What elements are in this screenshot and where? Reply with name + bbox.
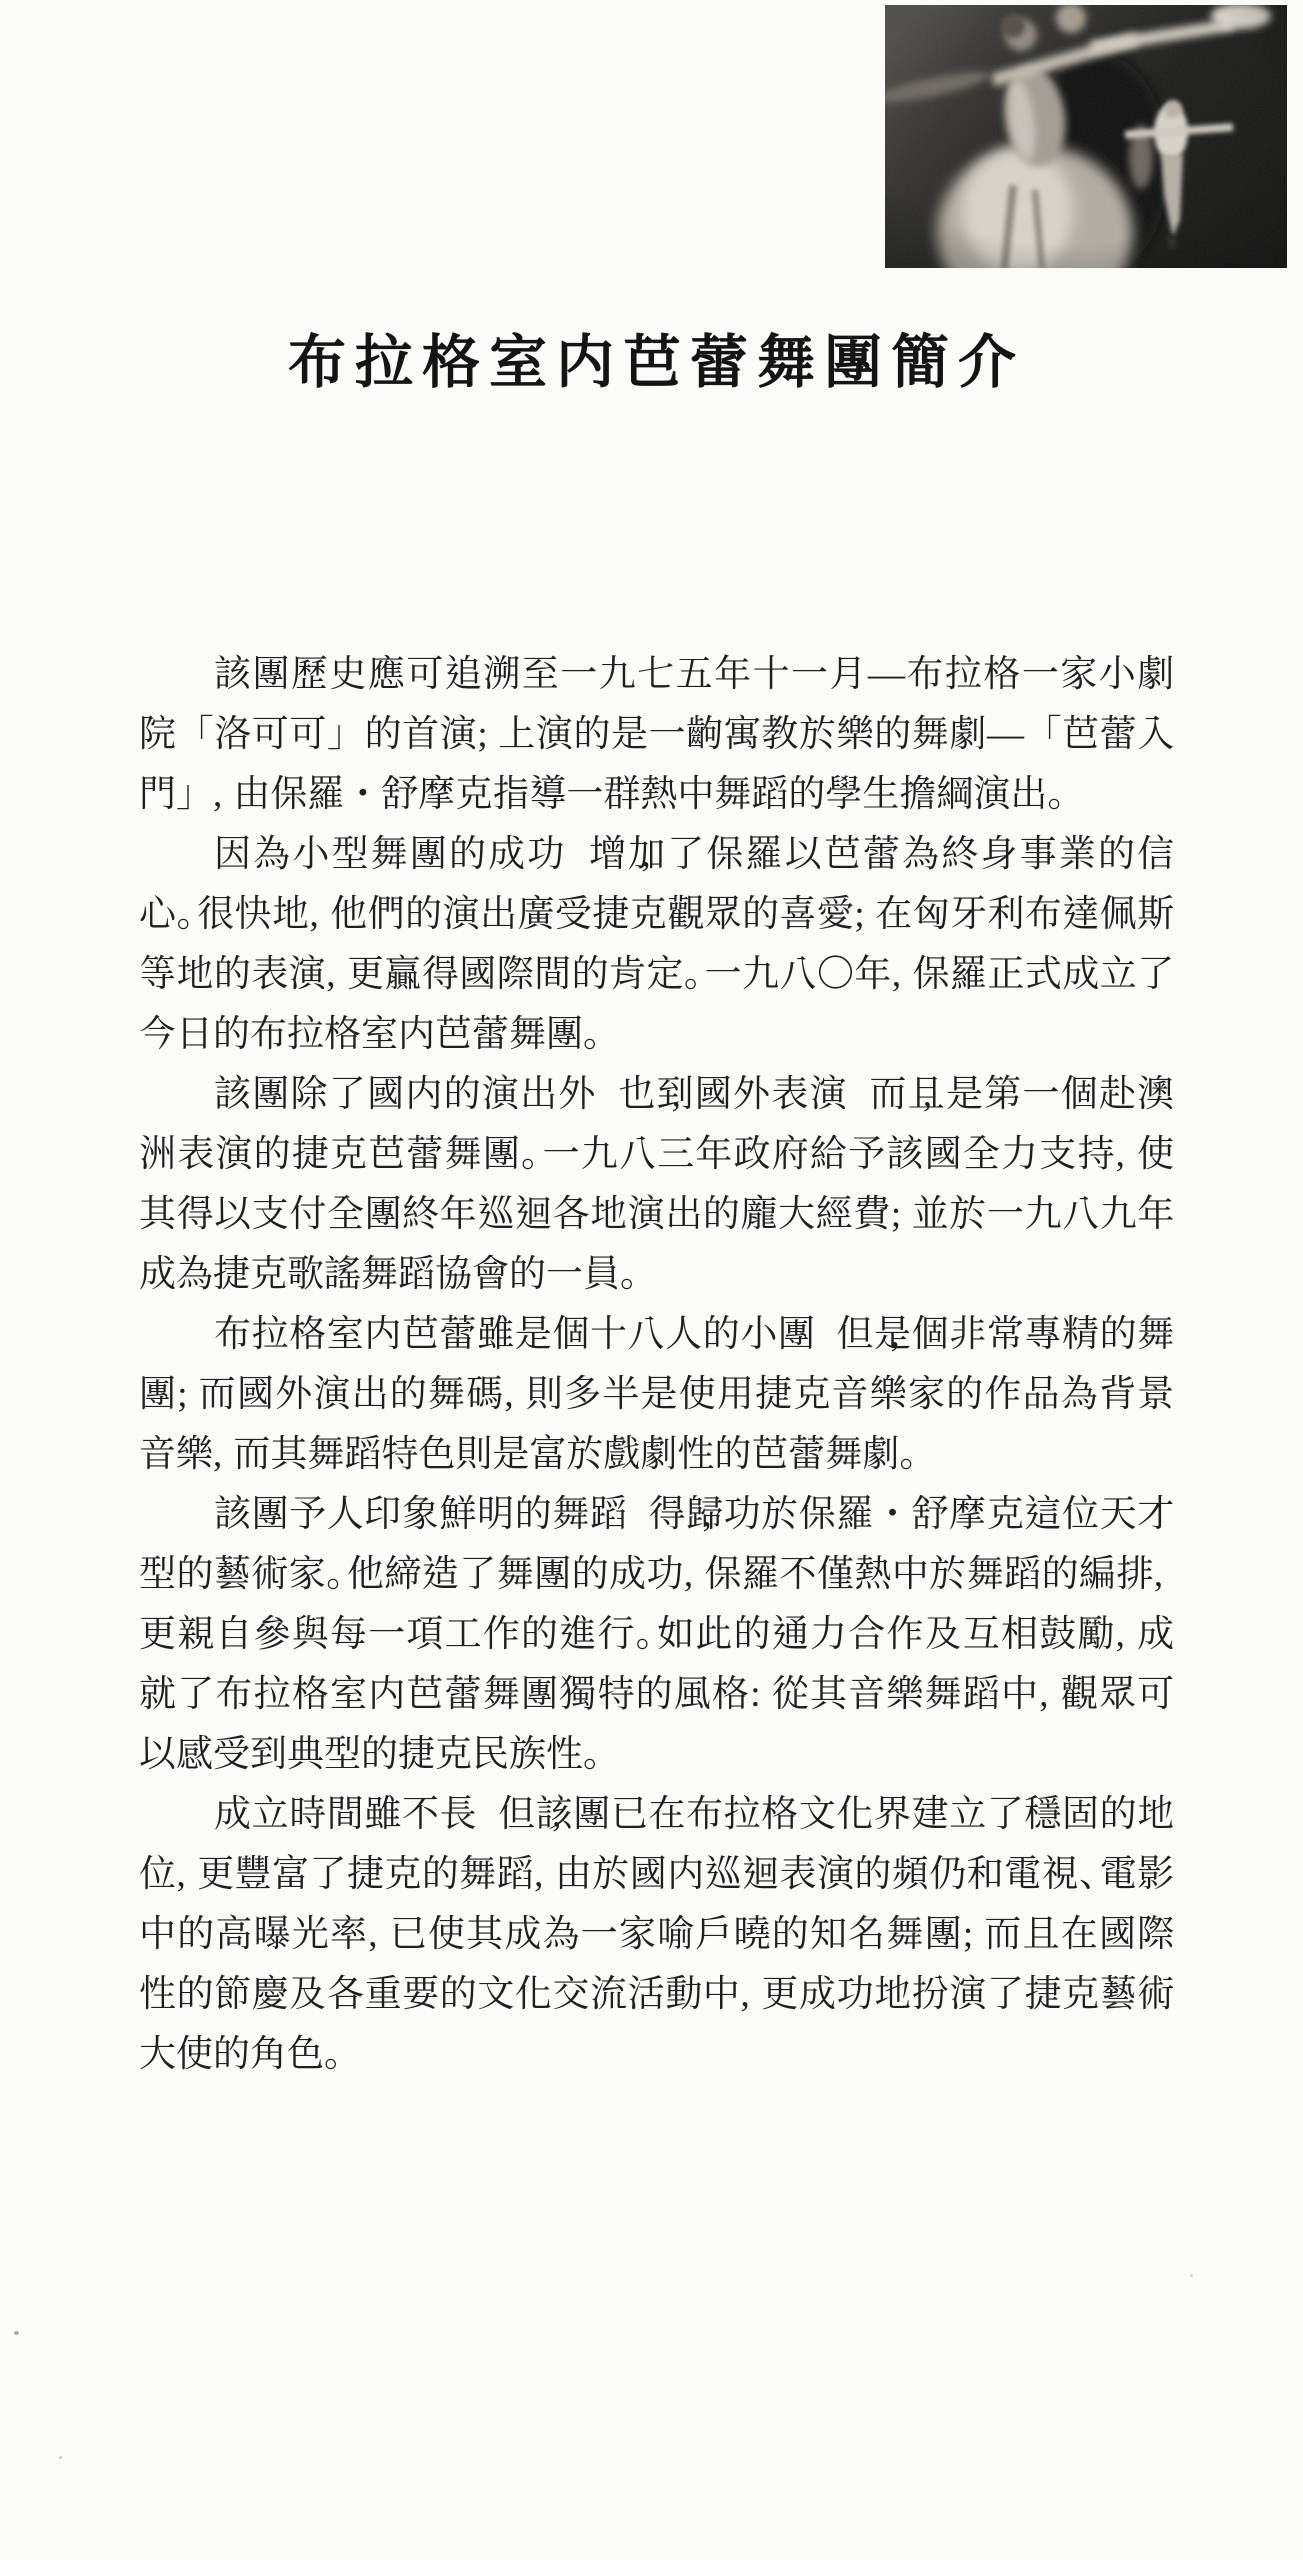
text-line: 院「洛可可」的首演;上演的是一齣寓教於樂的舞劇—「芭蕾入 <box>139 705 1174 765</box>
punctuation-glyph: , <box>684 1545 704 1605</box>
text-line: 該團歷史應可追溯至一九七五年十一月—布拉格一家小劇 <box>139 645 1174 705</box>
punctuation-glyph: 。 <box>899 1425 919 1485</box>
punctuation-glyph: 。 <box>583 1725 603 1785</box>
text-line: 音樂,而其舞蹈特色則是富於戲劇性的芭蕾舞劇。 <box>139 1425 1174 1485</box>
text-line: 該團予人印象鮮明的舞蹈,得歸功於保羅・舒摩克這位天才 <box>139 1485 1174 1545</box>
punctuation-glyph: , <box>477 1785 497 1845</box>
punctuation-glyph: 。 <box>583 1005 603 1065</box>
text-line: 成立時間雖不長,但該團已在布拉格文化界建立了穩固的地 <box>139 1785 1174 1845</box>
text-line: 洲表演的捷克芭蕾舞團。一九八三年政府給予該國全力支持,使 <box>139 1125 1174 1185</box>
text-line: 該團除了國内的演出外,也到國外表演,而且是第一個赴澳 <box>139 1065 1174 1125</box>
punctuation-glyph: , <box>213 1425 233 1485</box>
punctuation-glyph: ; <box>963 1905 983 1965</box>
punctuation-glyph: ; <box>854 885 874 945</box>
text-line: 心。很快地,他們的演出廣受捷克觀眾的喜愛;在匈牙利布達佩斯 <box>139 885 1174 945</box>
text-line: 性的節慶及各重要的文化交流活動中,更成功地扮演了捷克藝術 <box>139 1965 1174 2025</box>
punctuation-glyph: 。 <box>684 945 704 1005</box>
punctuation-glyph: : <box>750 1665 770 1725</box>
punctuation-glyph: , <box>741 1965 761 2025</box>
punctuation-glyph: 。 <box>521 1125 541 1185</box>
text-line: 大使的角色。 <box>139 2025 1174 2085</box>
scan-speck <box>1190 2274 1193 2277</box>
punctuation-glyph: , <box>566 825 586 885</box>
punctuation-glyph: ; <box>891 1185 911 1245</box>
scan-speck <box>14 2331 19 2335</box>
punctuation-glyph: 。 <box>1047 765 1067 825</box>
paragraph: 該團予人印象鮮明的舞蹈,得歸功於保羅・舒摩克這位天才型的藝術家。他締造了舞團的成… <box>139 1485 1174 1785</box>
text-line: 今日的布拉格室内芭蕾舞團。 <box>139 1005 1174 1065</box>
text-line: 位,更豐富了捷克的舞蹈,由於國内巡迴表演的頻仍和電視、電影 <box>139 1845 1174 1905</box>
ballet-performance-photo <box>885 5 1287 268</box>
body-text: 該團歷史應可追溯至一九七五年十一月—布拉格一家小劇院「洛可可」的首演;上演的是一… <box>139 645 1174 2085</box>
punctuation-glyph: ; <box>177 1365 197 1425</box>
punctuation-glyph: , <box>1116 1605 1136 1665</box>
punctuation-glyph: , <box>816 1305 836 1365</box>
text-line: 就了布拉格室内芭蕾舞團獨特的風格:從其音樂舞蹈中,觀眾可 <box>139 1665 1174 1725</box>
punctuation-glyph: , <box>848 1065 868 1125</box>
punctuation-glyph: 、 <box>1079 1845 1099 1905</box>
paragraph: 成立時間雖不長,但該團已在布拉格文化界建立了穩固的地位,更豐富了捷克的舞蹈,由於… <box>139 1785 1174 2085</box>
punctuation-glyph: , <box>1154 1545 1174 1605</box>
scanned-book-page: 布拉格室内芭蕾舞團簡介 該團歷史應可追溯至一九七五年十一月—布拉格一家小劇院「洛… <box>0 0 1303 2560</box>
text-line: 團;而國外演出的舞碼,則多半是使用捷克音樂家的作品為背景 <box>139 1365 1174 1425</box>
text-line: 布拉格室内芭蕾雖是個十八人的小團,但是個非常專精的舞 <box>139 1305 1174 1365</box>
punctuation-glyph: 。 <box>620 1245 640 1305</box>
paragraph: 該團除了國内的演出外,也到國外表演,而且是第一個赴澳洲表演的捷克芭蕾舞團。一九八… <box>139 1065 1174 1305</box>
text-line: 因為小型舞團的成功,增加了保羅以芭蕾為終身事業的信 <box>139 825 1174 885</box>
punctuation-glyph: , <box>892 945 912 1005</box>
punctuation-glyph: , <box>1039 1665 1059 1725</box>
text-line: 成為捷克歌謠舞蹈協會的一員。 <box>139 1245 1174 1305</box>
paragraph: 布拉格室内芭蕾雖是個十八人的小團,但是個非常專精的舞團;而國外演出的舞碼,則多半… <box>139 1305 1174 1485</box>
punctuation-glyph: , <box>326 945 346 1005</box>
paragraph: 該團歷史應可追溯至一九七五年十一月—布拉格一家小劇院「洛可可」的首演;上演的是一… <box>139 645 1174 825</box>
punctuation-glyph: ; <box>477 705 497 765</box>
punctuation-glyph: 。 <box>324 2025 344 2085</box>
page-title: 布拉格室内芭蕾舞團簡介 <box>139 330 1174 396</box>
punctuation-glyph: , <box>628 1485 648 1545</box>
text-line: 等地的表演,更贏得國際間的肯定。一九八〇年,保羅正式成立了 <box>139 945 1174 1005</box>
punctuation-glyph: , <box>1116 1125 1136 1185</box>
scan-speck <box>59 2456 62 2459</box>
punctuation-glyph: , <box>597 1065 617 1125</box>
text-line: 更親自參與每一項工作的進行。如此的通力合作及互相鼓勵,成 <box>139 1605 1174 1665</box>
punctuation-glyph: 。 <box>176 885 196 945</box>
punctuation-glyph: , <box>213 765 233 825</box>
punctuation-glyph: 。 <box>636 1605 656 1665</box>
text-line: 中的高曝光率,已使其成為一家喻戶曉的知名舞團;而且在國際 <box>139 1905 1174 1965</box>
punctuation-glyph: , <box>176 1845 196 1905</box>
text-line: 門」,由保羅・舒摩克指導一群熱中舞蹈的學生擔綱演出。 <box>139 765 1174 825</box>
punctuation-glyph: , <box>368 1905 388 1965</box>
paragraph: 因為小型舞團的成功,增加了保羅以芭蕾為終身事業的信心。很快地,他們的演出廣受捷克… <box>139 825 1174 1065</box>
text-line: 以感受到典型的捷克民族性。 <box>139 1725 1174 1785</box>
ballet-photo-graphic <box>885 5 1287 268</box>
punctuation-glyph: , <box>504 1365 524 1425</box>
punctuation-glyph: , <box>310 885 330 945</box>
text-line: 型的藝術家。他締造了舞團的成功,保羅不僅熱中於舞蹈的編排, <box>139 1545 1174 1605</box>
text-line: 其得以支付全團終年巡迴各地演出的龐大經費;並於一九八九年 <box>139 1185 1174 1245</box>
punctuation-glyph: , <box>534 1845 554 1905</box>
punctuation-glyph: 。 <box>326 1545 346 1605</box>
